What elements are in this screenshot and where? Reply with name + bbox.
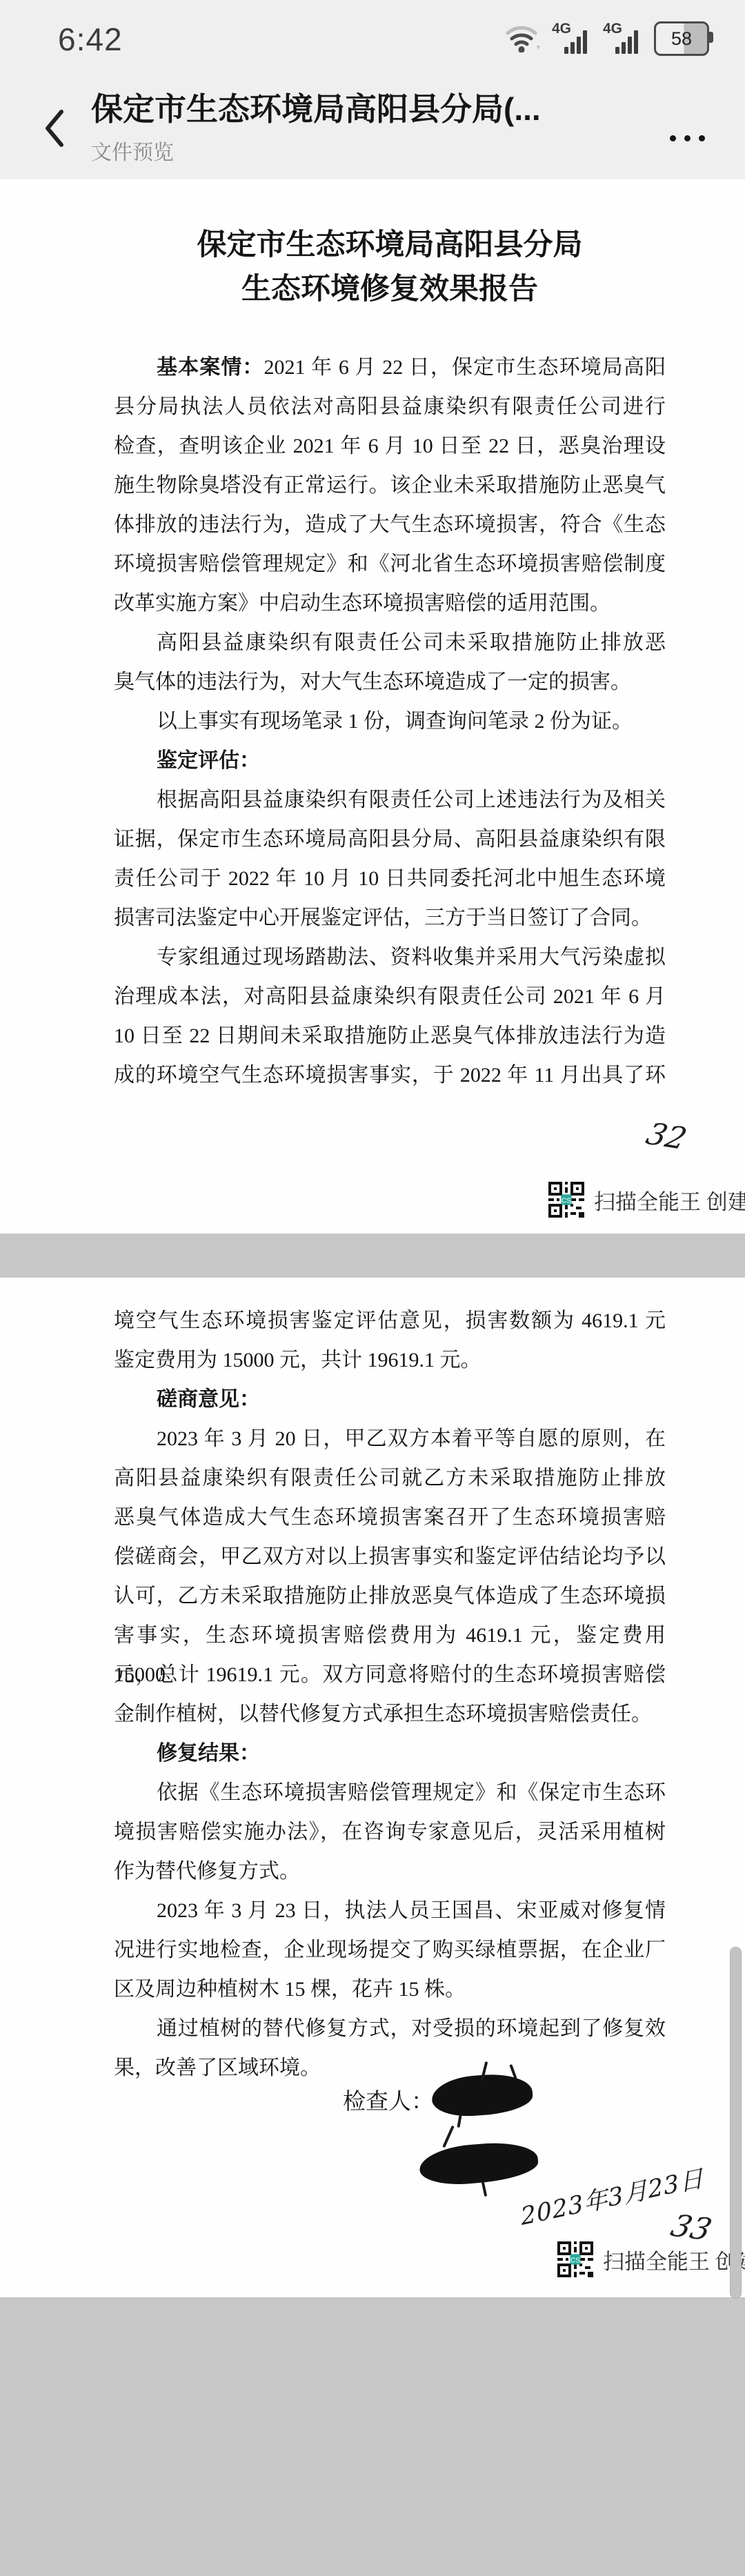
- doc-line: 成的环境空气生态环境损害事实，于 2022 年 11 月出具了环: [114, 1056, 666, 1095]
- back-button[interactable]: [33, 101, 74, 156]
- doc-line: 责任公司于 2022 年 10 月 10 日共同委托河北中旭生态环境: [114, 859, 666, 898]
- doc-line: 元，总计 19619.1 元。双方同意将赔付的生态环境损害赔偿: [114, 1655, 666, 1694]
- doc-line: 以上事实有现场笔录 1 份，调查询问笔录 2 份为证。: [114, 702, 666, 741]
- report-title-line2: 生态环境修复效果报告: [114, 268, 666, 312]
- wifi-icon: [505, 22, 541, 56]
- doc-line: 果，改善了区域环境。: [114, 2048, 666, 2088]
- svg-text:CS: CS: [570, 2257, 581, 2264]
- status-bar: 6:42 4G 4: [0, 0, 745, 76]
- doc-line: 基本案情：2021 年 6 月 22 日，保定市生态环境局高阳: [114, 348, 666, 387]
- chevron-left-icon: [42, 108, 66, 149]
- document-page-1: 保定市生态环境局高阳县分局 生态环境修复效果报告 基本案情：2021 年 6 月…: [0, 179, 745, 1233]
- doc-line: 检查，查明该企业 2021 年 6 月 10 日至 22 日，恶臭治理设: [114, 426, 666, 466]
- doc-line: 鉴定费用为 15000 元，共计 19619.1 元。: [114, 1340, 666, 1380]
- doc-line: 恶臭气体造成大气生态环境损害案召开了生态环境损害赔: [114, 1498, 666, 1537]
- page2-body: 境空气生态环境损害鉴定评估意见，损害数额为 4619.1 元鉴定费用为 1500…: [114, 1301, 666, 2088]
- doc-line: 鉴定评估：: [114, 741, 666, 780]
- doc-line: 2023 年 3 月 23 日，执法人员王国昌、宋亚威对修复情: [114, 1891, 666, 1930]
- scanner-watermark: CS 扫描全能王 创建: [548, 1181, 745, 1218]
- scrollbar-thumb[interactable]: [730, 1947, 742, 2299]
- doc-line: 专家组通过现场踏勘法、资料收集并采用大气污染虚拟: [114, 938, 666, 977]
- battery-percent: 58: [671, 28, 692, 50]
- doc-line: 损害司法鉴定中心开展鉴定评估，三方于当日签订了合同。: [114, 898, 666, 938]
- qr-code-icon: CS: [557, 2241, 593, 2278]
- document-title: 保定市生态环境局高阳县分局(...: [91, 84, 615, 130]
- redacted-signature-2: [418, 2139, 539, 2188]
- status-time: 6:42: [58, 21, 123, 58]
- doc-line: 境空气生态环境损害鉴定评估意见，损害数额为 4619.1 元: [114, 1301, 666, 1340]
- doc-line: 况进行实地检查，企业现场提交了购买绿植票据，在企业厂: [114, 1930, 666, 1970]
- qr-code-icon: CS: [548, 1181, 584, 1218]
- doc-line: 2023 年 3 月 20 日，甲乙双方本着平等自愿的原则，在: [114, 1419, 666, 1458]
- cell-signal-icon-sim1: 4G: [552, 22, 592, 55]
- svg-text:CS: CS: [562, 1197, 572, 1205]
- doc-line: 修复结果：: [114, 1734, 666, 1773]
- doc-line: 证据，保定市生态环境局高阳县分局、高阳县益康染织有限: [114, 820, 666, 859]
- scanner-watermark: CS 扫描全能王 创建: [557, 2241, 745, 2278]
- doc-line: 臭气体的违法行为，对大气生态环境造成了一定的损害。: [114, 662, 666, 702]
- report-title-line1: 保定市生态环境局高阳县分局: [114, 179, 666, 268]
- doc-line: 施生物除臭塔没有正常运行。该企业未采取措施防止恶臭气: [114, 466, 666, 505]
- signature-stroke: [457, 2115, 461, 2128]
- view-mode-label: 文件预览: [91, 135, 615, 166]
- doc-line: 改革实施方案》中启动生态环境损害赔偿的适用范围。: [114, 584, 666, 623]
- doc-line: 县分局执法人员依法对高阳县益康染织有限责任公司进行: [114, 387, 666, 426]
- doc-line: 体排放的违法行为，造成了大气生态环境损害，符合《生态: [114, 505, 666, 544]
- app-bar: 保定市生态环境局高阳县分局(... 文件预览: [0, 76, 745, 179]
- doc-line: 害事实，生态环境损害赔偿费用为 4619.1 元，鉴定费用 15000: [114, 1616, 666, 1655]
- watermark-label: 扫描全能王 创建: [603, 2244, 745, 2275]
- doc-line: 高阳县益康染织有限责任公司就乙方未采取措施防止排放: [114, 1458, 666, 1498]
- signature-stroke: [442, 2126, 454, 2148]
- doc-line: 境损害赔偿实施办法》，在咨询专家意见后，灵活采用植树: [114, 1812, 666, 1852]
- signature-stroke: [481, 2181, 487, 2197]
- page1-body: 基本案情：2021 年 6 月 22 日，保定市生态环境局高阳县分局执法人员依法…: [114, 348, 666, 1095]
- battery-icon: 58: [654, 21, 709, 56]
- doc-line: 环境损害赔偿管理规定》和《河北省生态环境损害赔偿制度: [114, 544, 666, 584]
- more-dots-icon: [670, 135, 676, 141]
- doc-line: 金制作植树，以替代修复方式承担生态环境损害赔偿责任。: [114, 1694, 666, 1734]
- battery-nub: [709, 32, 713, 43]
- title-box: 保定市生态环境局高阳县分局(... 文件预览: [91, 84, 615, 166]
- doc-line: 根据高阳县益康染织有限责任公司上述违法行为及相关: [114, 780, 666, 820]
- doc-line: 依据《生态环境损害赔偿管理规定》和《保定市生态环: [114, 1773, 666, 1812]
- document-page-2: 境空气生态环境损害鉴定评估意见，损害数额为 4619.1 元鉴定费用为 1500…: [0, 1278, 745, 2297]
- doc-line: 区及周边种植树木 15 棵，花卉 15 株。: [114, 1970, 666, 2009]
- doc-line: 认可，乙方未采取措施防止排放恶臭气体造成了生态环境损: [114, 1576, 666, 1616]
- doc-line: 治理成本法，对高阳县益康染织有限责任公司 2021 年 6 月: [114, 977, 666, 1016]
- more-menu-button[interactable]: [659, 124, 715, 152]
- top-bar: 6:42 4G 4: [0, 0, 745, 180]
- doc-line: 磋商意见：: [114, 1380, 666, 1419]
- inspector-label: 检查人：: [343, 2083, 434, 2116]
- doc-line: 偿磋商会，甲乙双方对以上损害事实和鉴定评估结论均予以: [114, 1537, 666, 1576]
- doc-line: 通过植树的替代修复方式，对受损的环境起到了修复效: [114, 2009, 666, 2048]
- doc-line: 10 日至 22 日期间未采取措施防止恶臭气体排放违法行为造: [114, 1016, 666, 1056]
- status-icons: 4G 4G 58: [505, 19, 709, 58]
- watermark-label: 扫描全能王 创建: [594, 1185, 745, 1216]
- doc-line: 作为替代修复方式。: [114, 1852, 666, 1891]
- cell-signal-icon-sim2: 4G: [603, 22, 643, 55]
- doc-line: 高阳县益康染织有限责任公司未采取措施防止排放恶: [114, 623, 666, 662]
- handwritten-page-number: 32: [642, 1116, 691, 1156]
